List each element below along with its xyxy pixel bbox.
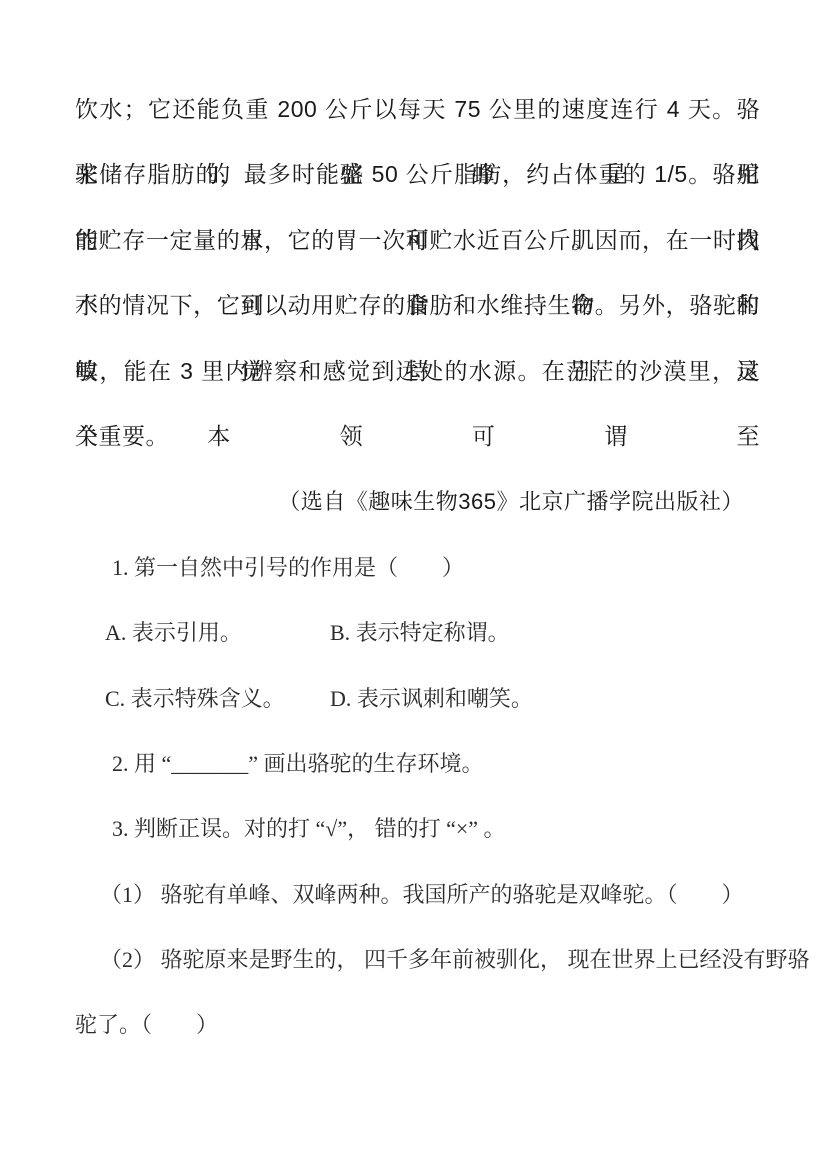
option-d: D. 表示讽刺和嘲笑。 [330,666,533,731]
passage-line-1: 饮水；它还能负重 200 公斤以每天 75 公里的速度连行 4 天。骆驼的驼蜂是… [75,77,760,142]
option-c: C. 表示特殊含义。 [105,666,330,731]
question-3-item-2-line-2: 驼了。（ ） [75,992,760,1057]
passage-line-4: 水的情况下，它可以动用贮存的脂肪和水维持生命。另外，骆驼的嗅觉特别灵 [75,273,760,338]
question-3: 3. 判断正误。对的打 “√”， 错的打 “×” 。 [75,796,760,861]
question-3-item-1: （1） 骆驼有单峰、双峰两种。我国所产的骆驼是双峰驼。（ ） [75,862,760,927]
question-2: 2. 用 “_______” 画出骆驼的生存环境。 [75,731,760,796]
options-row-ab: A. 表示引用。 B. 表示特定称谓。 [75,600,760,665]
options-row-cd: C. 表示特殊含义。 D. 表示讽刺和嘲笑。 [75,666,760,731]
passage-line-2: 来储存脂肪的，最多时能盛 50 公斤脂肪，约占体重的 1/5。骆驼的胃和肌肉 [75,142,760,207]
worksheet-page: 饮水；它还能负重 200 公斤以每天 75 公里的速度连行 4 天。骆驼的驼蜂是… [0,0,826,1169]
passage-line-3: 能贮存一定量的水，它的胃一次可贮水近百公斤。因而，在一时找不到食物和 [75,208,760,273]
passage-line-5: 敏，能在 3 里内辨察和感觉到远处的水源。在茫茫的沙漠里，这个本领可谓至 [75,339,760,404]
question-1: 1. 第一自然中引号的作用是（ ） [75,535,760,600]
option-b: B. 表示特定称谓。 [330,600,510,665]
question-3-item-2-line-1: （2） 骆驼原来是野生的， 四千多年前被驯化， 现在世界上已经没有野骆 [75,927,760,992]
passage-source-attribution: （选自《趣味生物365》北京广播学院出版社） [75,469,760,534]
option-a: A. 表示引用。 [105,600,330,665]
